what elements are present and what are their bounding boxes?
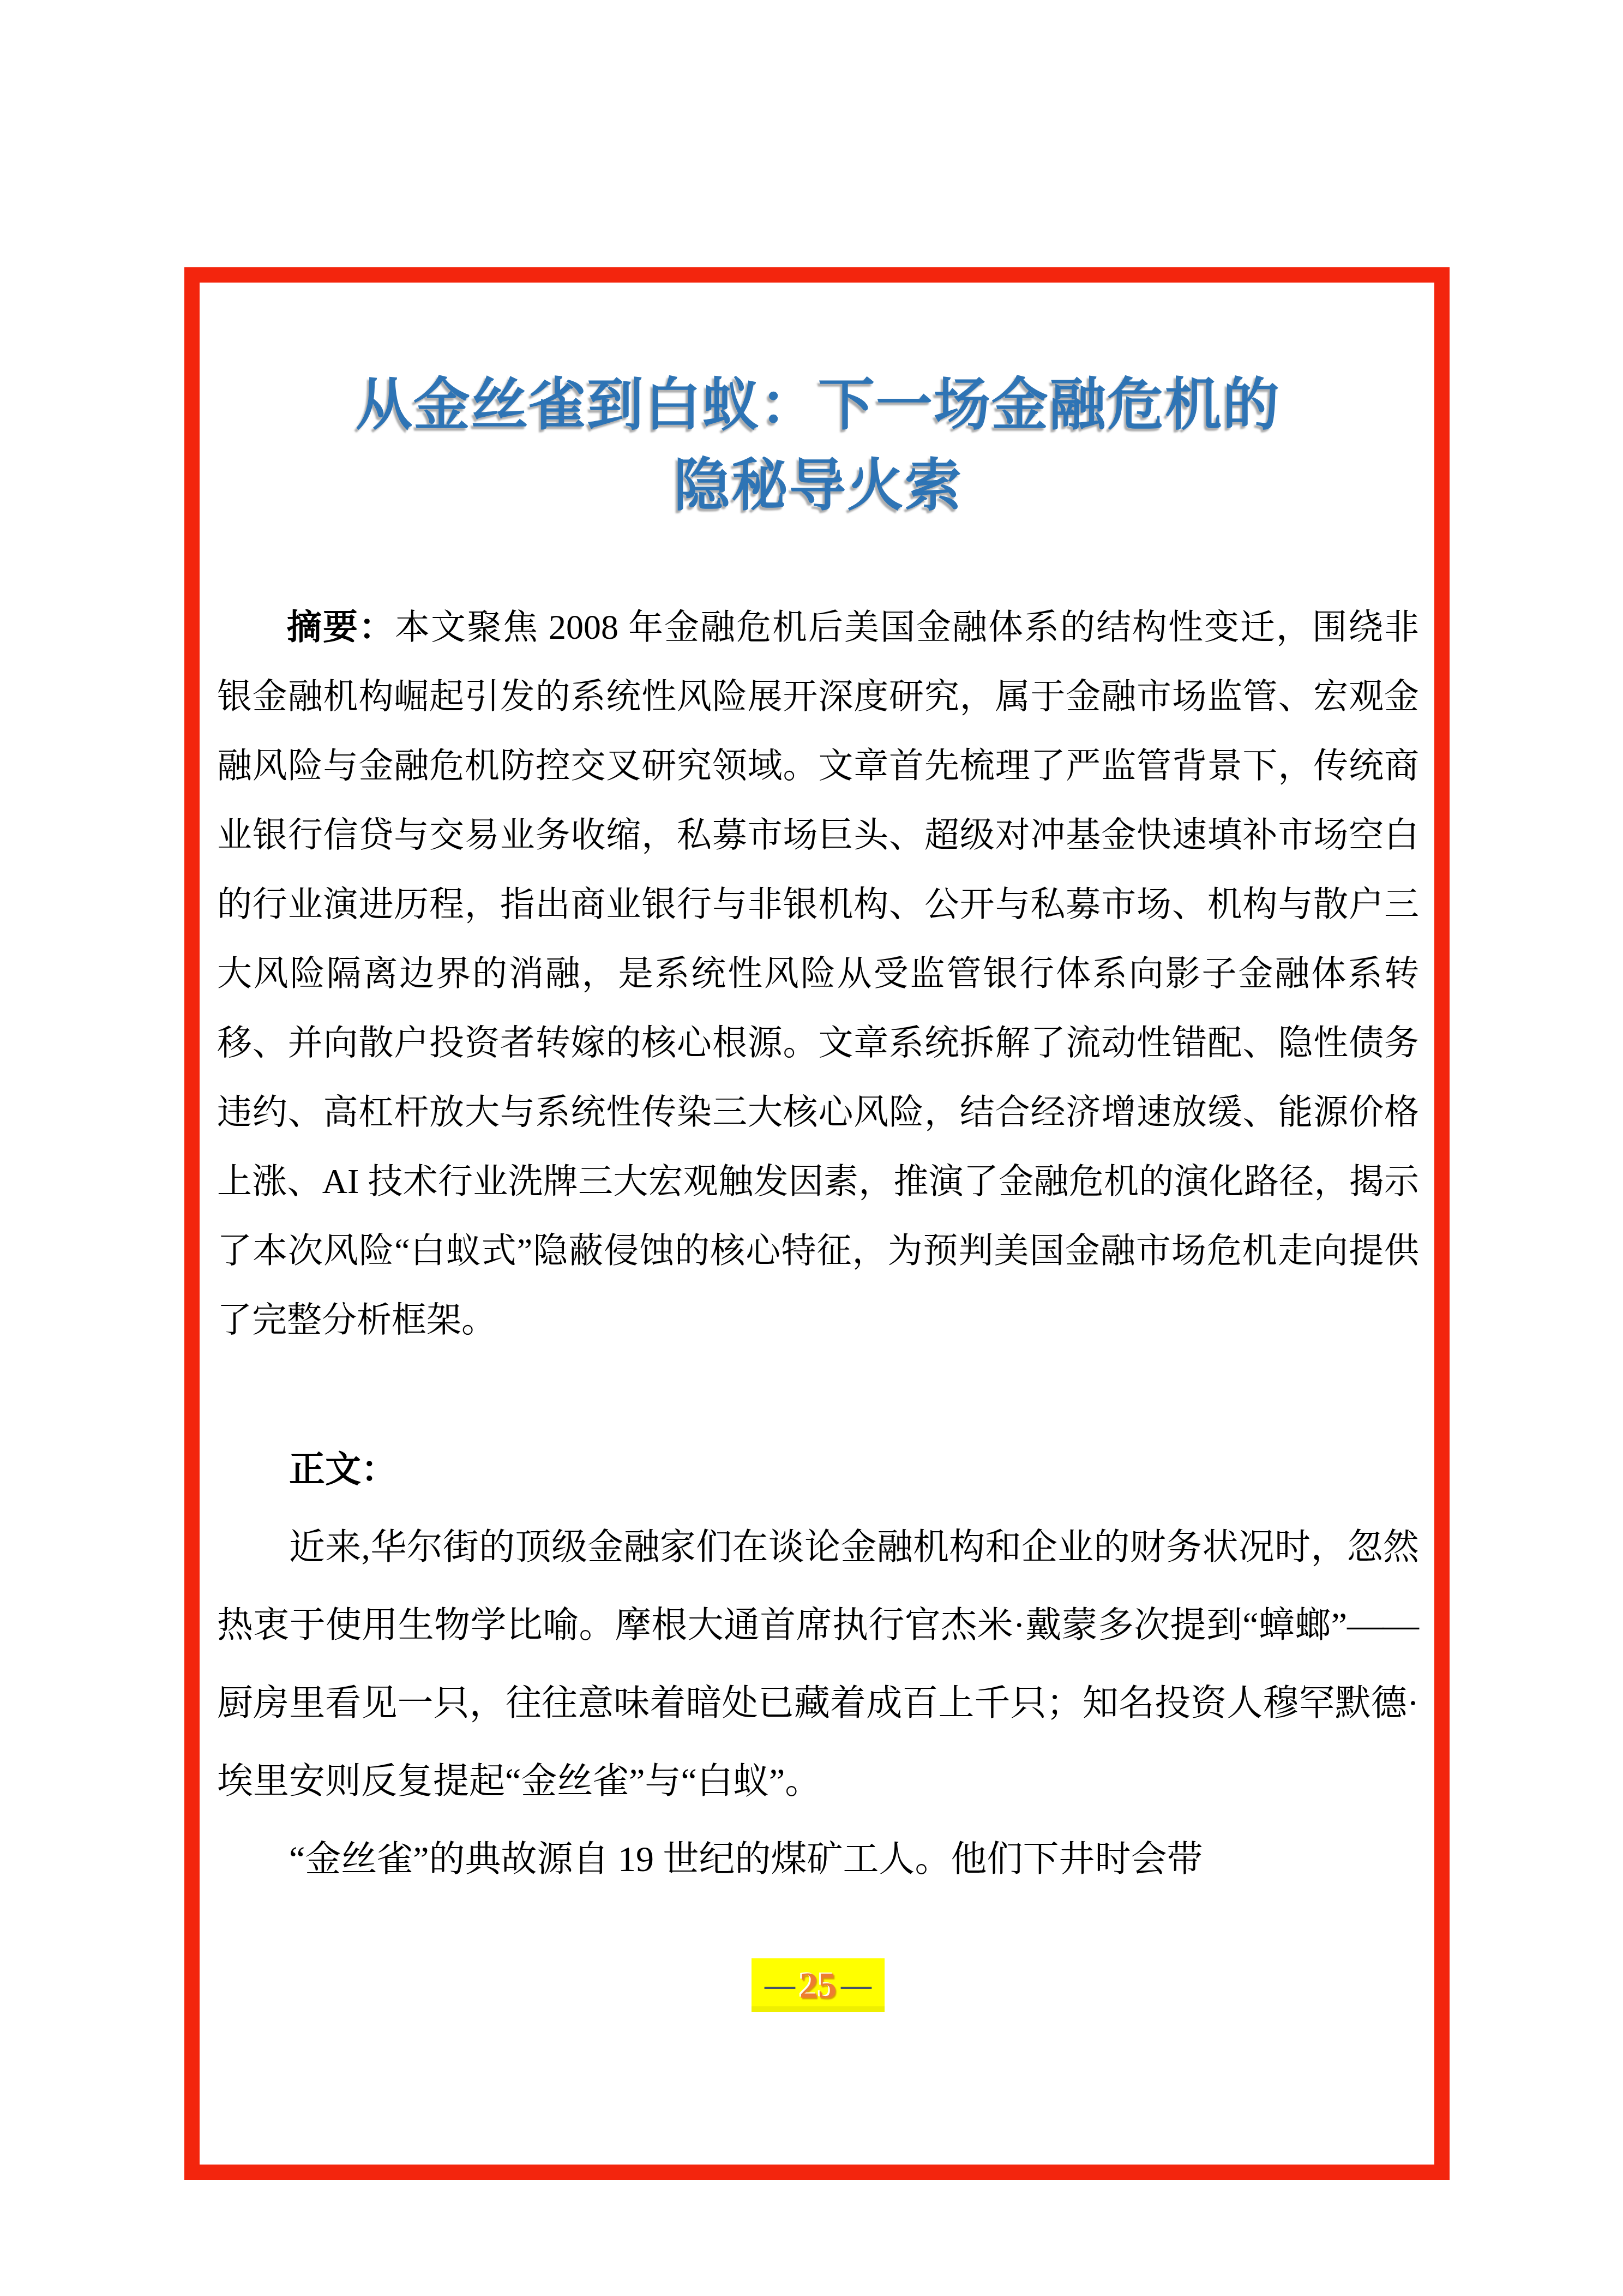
body-section-label: 正文：: [217, 1430, 1419, 1508]
page-number: 25: [800, 1967, 837, 2004]
document-page: { "document": { "title": { "line1": "从金丝…: [0, 0, 1623, 2296]
title-line-1: 从金丝雀到白蚁：下一场金融危机的: [217, 365, 1419, 446]
footer-dash-left: —: [765, 1970, 795, 2000]
footer-dash-right: —: [841, 1970, 871, 2000]
abstract-text: 本文聚焦 2008 年金融危机后美国金融体系的结构性变迁，围绕非银金融机构崛起引…: [217, 608, 1419, 1339]
body-paragraph-1: 近来,华尔街的顶级金融家们在谈论金融机构和企业的财务状况时，忽然热衷于使用生物学…: [217, 1508, 1419, 1820]
page-content: 从金丝雀到白蚁：下一场金融危机的 隐秘导火索 摘要：本文聚焦 2008 年金融危…: [200, 283, 1434, 2165]
page-border-frame: 从金丝雀到白蚁：下一场金融危机的 隐秘导火索 摘要：本文聚焦 2008 年金融危…: [184, 267, 1450, 2180]
title-line-2: 隐秘导火索: [217, 446, 1419, 527]
abstract-label: 摘要：: [287, 607, 395, 646]
page-number-footer: — 25 —: [752, 1958, 885, 2012]
document-title: 从金丝雀到白蚁：下一场金融危机的 隐秘导火索: [217, 365, 1419, 527]
body-paragraph-2: “金丝雀”的典故源自 19 世纪的煤矿工人。他们下井时会带: [217, 1820, 1419, 1898]
abstract-paragraph: 摘要：本文聚焦 2008 年金融危机后美国金融体系的结构性变迁，围绕非银金融机构…: [217, 592, 1419, 1354]
